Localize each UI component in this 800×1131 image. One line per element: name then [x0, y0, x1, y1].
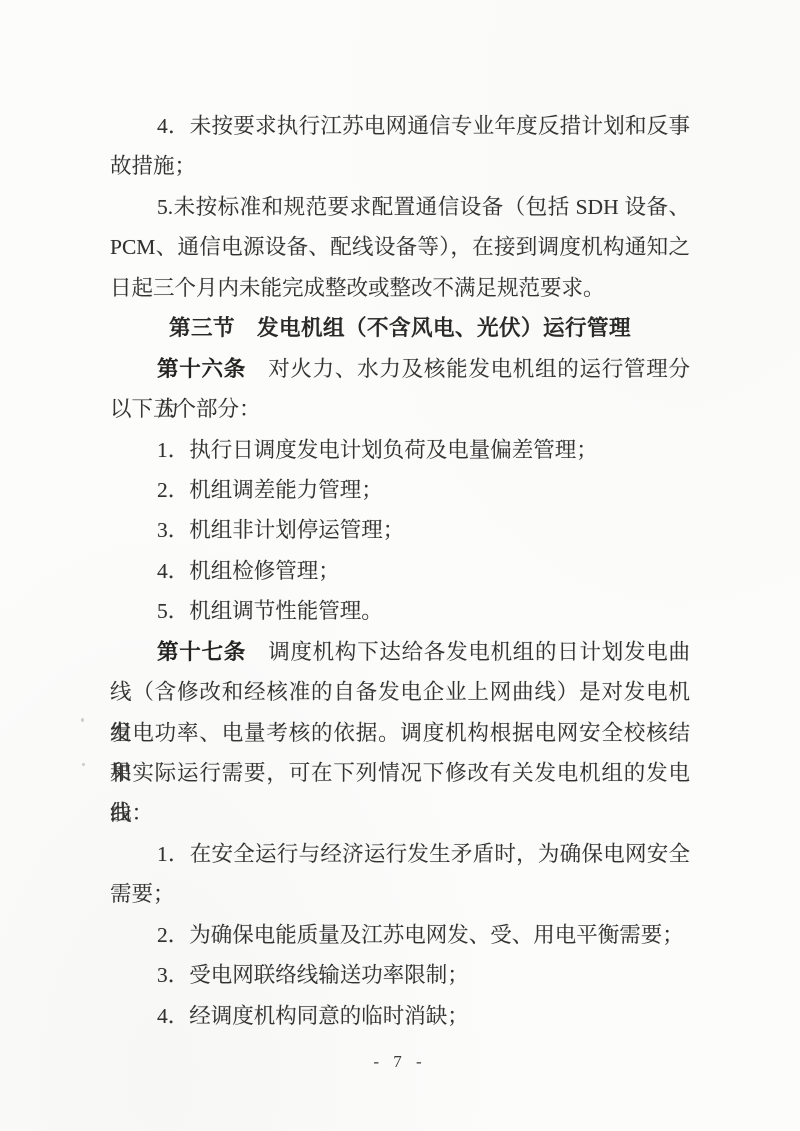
paragraph-line: 以下五个部分：	[110, 389, 690, 429]
article-16-number: 第十六条	[157, 357, 246, 381]
list-item: 4．经调度机构同意的临时消缺；	[110, 996, 690, 1036]
article-17-text: 调度机构下达给各发电机组的日计划发电曲	[246, 640, 690, 664]
paragraph-line: 和实际运行需要，可在下列情况下修改有关发电机组的发电曲	[110, 753, 690, 793]
document-body: 4．未按要求执行江苏电网通信专业年度反措计划和反事 故措施； 5.未按标准和规范…	[110, 106, 690, 1036]
paragraph-line: 故措施；	[110, 146, 690, 186]
scan-speck	[81, 718, 84, 722]
list-item: 3．受电网联络线输送功率限制；	[110, 955, 690, 995]
list-item: 1．在安全运行与经济运行发生矛盾时，为确保电网安全	[110, 834, 690, 874]
paragraph-line: 5.未按标准和规范要求配置通信设备（包括 SDH 设备、	[110, 187, 690, 227]
paragraph-line: 需要；	[110, 874, 690, 914]
page-number: - 7 -	[0, 1052, 800, 1072]
article-17-line: 第十七条 调度机构下达给各发电机组的日计划发电曲	[110, 632, 690, 672]
list-item: 3．机组非计划停运管理；	[110, 510, 690, 550]
list-item: 4．机组检修管理；	[110, 551, 690, 591]
document-page: 4．未按要求执行江苏电网通信专业年度反措计划和反事 故措施； 5.未按标准和规范…	[0, 0, 800, 1131]
list-item: 1．执行日调度发电计划负荷及电量偏差管理；	[110, 430, 690, 470]
article-17-number: 第十七条	[157, 640, 246, 664]
paragraph-line: 线：	[110, 793, 690, 833]
section-heading: 第三节 发电机组（不含风电、光伏）运行管理	[110, 308, 690, 348]
paragraph-line: 4．未按要求执行江苏电网通信专业年度反措计划和反事	[110, 106, 690, 146]
paragraph-line: 日起三个月内未能完成整改或整改不满足规范要求。	[110, 268, 690, 308]
paragraph-line: 线（含修改和经核准的自备发电企业上网曲线）是对发电机组	[110, 672, 690, 712]
paragraph-line: PCM、通信电源设备、配线设备等），在接到调度机构通知之	[110, 227, 690, 267]
article-16-line: 第十六条 对火力、水力及核能发电机组的运行管理分为	[110, 349, 690, 389]
list-item: 2．机组调差能力管理；	[110, 470, 690, 510]
paragraph-line: 发电功率、电量考核的依据。调度机构根据电网安全校核结果	[110, 713, 690, 753]
scan-speck	[82, 763, 85, 766]
list-item: 5．机组调节性能管理。	[110, 591, 690, 631]
list-item: 2．为确保电能质量及江苏电网发、受、用电平衡需要；	[110, 915, 690, 955]
